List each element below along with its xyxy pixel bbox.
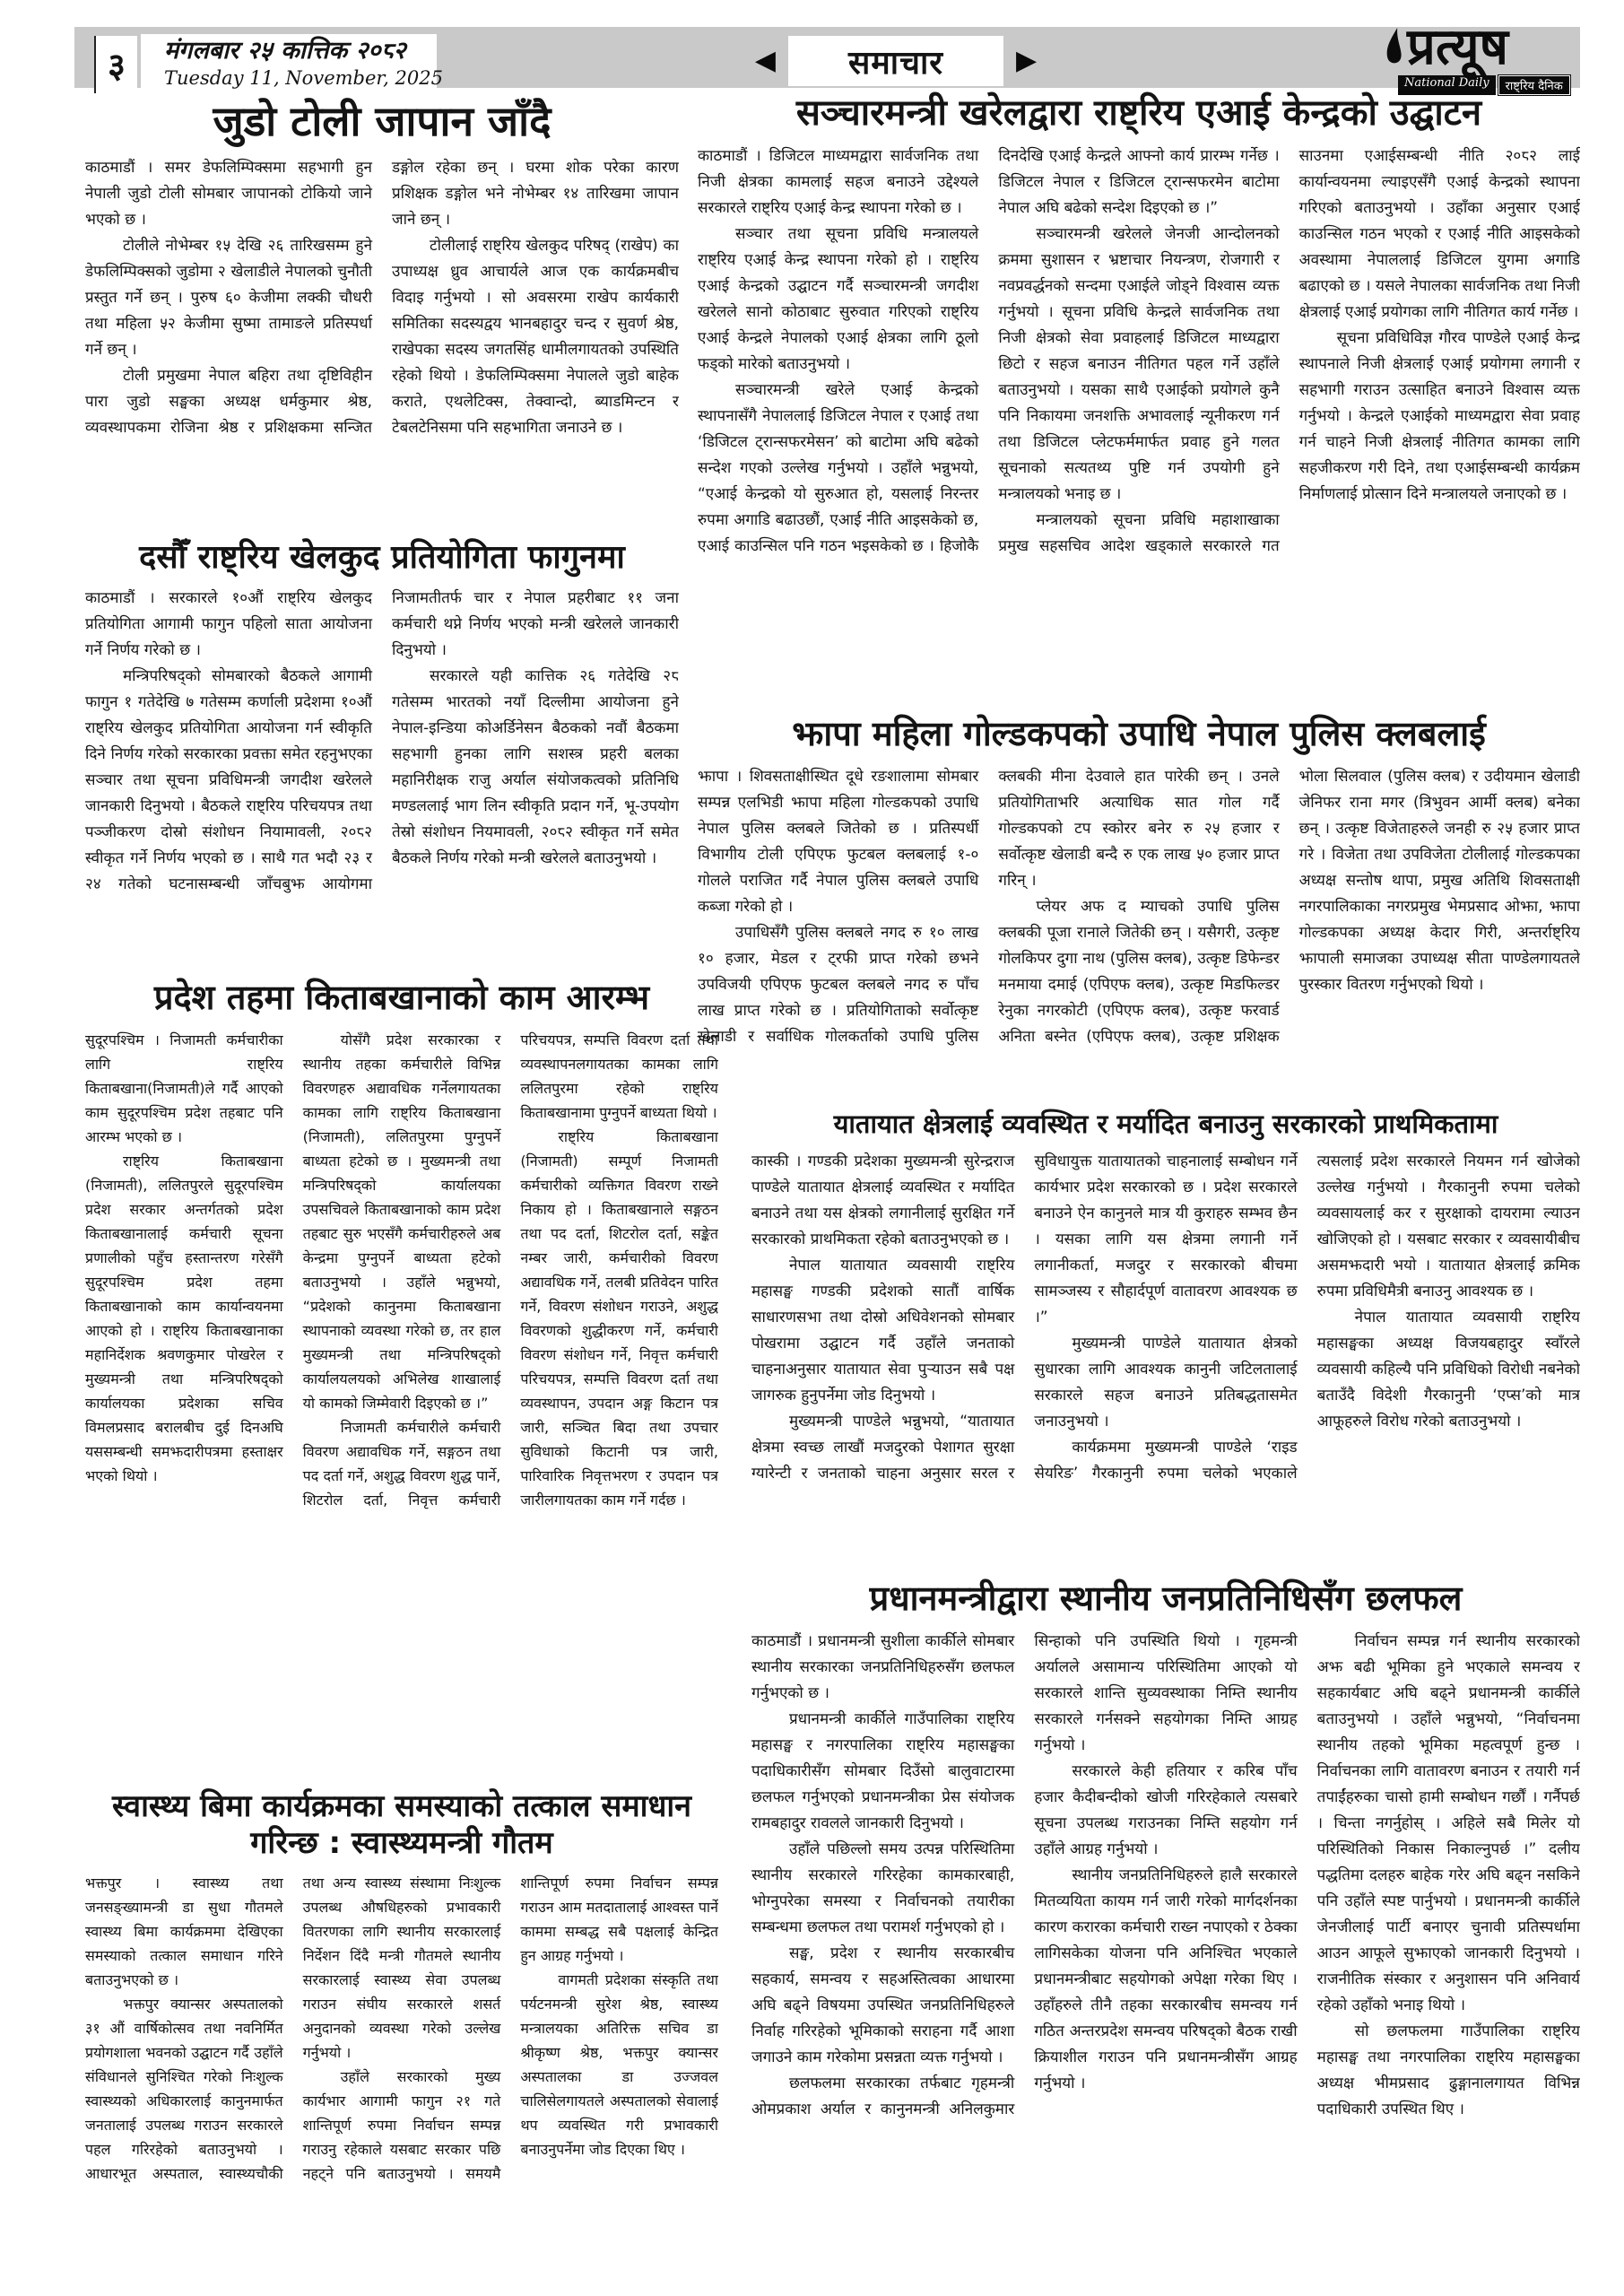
date-english: Tuesday 11, November, 2025: [164, 66, 428, 90]
arrow-right-icon: ▶: [1016, 48, 1037, 74]
newspaper-logo: प्रत्यूष National Daily राष्ट्रिय दैनिक: [1385, 22, 1578, 97]
article-health-insurance: स्वास्थ्य बिमा कार्यक्रमका समस्याको तत्क…: [85, 1788, 718, 2271]
page-number: ३: [108, 41, 126, 88]
article-body: कास्की । गण्डकी प्रदेशका मुख्यमन्त्री सु…: [751, 1149, 1580, 1565]
article-body: काठमाडौं । प्रधानमन्त्री सुशीला कार्कीले…: [751, 1629, 1580, 2257]
section-title: समाचार: [848, 39, 943, 83]
article-headline: दसौँ राष्ट्रिय खेलकुद प्रतियोगिता फागुनम…: [85, 538, 679, 577]
article-headline: स्वास्थ्य बिमा कार्यक्रमका समस्याको तत्क…: [85, 1788, 718, 1862]
article-jhapa-goldcup: झापा महिला गोल्डकपको उपाधि नेपाल पुलिस क…: [698, 714, 1580, 1105]
article-body: सुदूरपश्चिम । निजामती कर्मचारीका लागि रा…: [85, 1028, 718, 1778]
masthead-strip: ३ मंगलबार २५ कात्तिक २०८२ Tuesday 11, No…: [74, 27, 1580, 88]
date-box: मंगलबार २५ कात्तिक २०८२ Tuesday 11, Nove…: [141, 34, 437, 93]
article-headline: यातायात क्षेत्रलाई व्यवस्थित र मर्यादित …: [751, 1109, 1580, 1140]
section-box: समाचार: [788, 36, 1003, 86]
article-body: भक्तपुर । स्वास्थ्य तथा जनसङ्ख्यामन्त्री…: [85, 1871, 718, 2266]
article-pm-local-representatives: प्रधानमन्त्रीद्वारा स्थानीय जनप्रतिनिधिस…: [751, 1578, 1580, 2271]
article-headline: जुडो टोली जापान जाँदै: [85, 97, 679, 146]
article-headline: झापा महिला गोल्डकपको उपाधि नेपाल पुलिस क…: [698, 714, 1580, 755]
section-header: ◀ समाचार ▶: [708, 34, 1084, 88]
arrow-left-icon: ◀: [755, 48, 776, 74]
article-headline: प्रदेश तहमा किताबखानाको काम आरम्भ: [85, 978, 718, 1019]
article-body: काठमाडौं । समर डेफलिम्पिक्समा सहभागी हुन…: [85, 155, 679, 532]
article-headline: सञ्चारमन्त्री खरेलद्वारा राष्ट्रिय एआई क…: [698, 91, 1580, 135]
flame-icon: [1385, 22, 1405, 74]
article-headline: प्रधानमन्त्रीद्वारा स्थानीय जनप्रतिनिधिस…: [751, 1578, 1580, 1620]
article-ai-center-inauguration: सञ्चारमन्त्री खरेलद्वारा राष्ट्रिय एआई क…: [698, 91, 1580, 712]
article-body: काठमाडौं । डिजिटल माध्यमद्वारा सार्वजनिक…: [698, 143, 1580, 707]
article-body: झापा । शिवसताक्षीस्थित दूधे रङशालामा सोम…: [698, 764, 1580, 1098]
page-number-box: ३: [94, 36, 137, 93]
article-transport-sector: यातायात क्षेत्रलाई व्यवस्थित र मर्यादित …: [751, 1109, 1580, 1575]
date-nepali: मंगलबार २५ कात्तिक २०८२: [164, 36, 428, 66]
article-judo-team-japan: जुडो टोली जापान जाँदै काठमाडौं । समर डेफ…: [85, 97, 679, 533]
newspaper-page: ३ मंगलबार २५ कात्तिक २०८२ Tuesday 11, No…: [0, 0, 1624, 2296]
logo-title: प्रत्यूष: [1407, 22, 1508, 74]
article-kitabkhana-province: प्रदेश तहमा किताबखानाको काम आरम्भ सुदूरप…: [85, 978, 718, 1785]
article-national-games: दसौँ राष्ट्रिय खेलकुद प्रतियोगिता फागुनम…: [85, 538, 679, 974]
article-body: काठमाडौं । सरकारले १०औं राष्ट्रिय खेलकुद…: [85, 586, 679, 966]
